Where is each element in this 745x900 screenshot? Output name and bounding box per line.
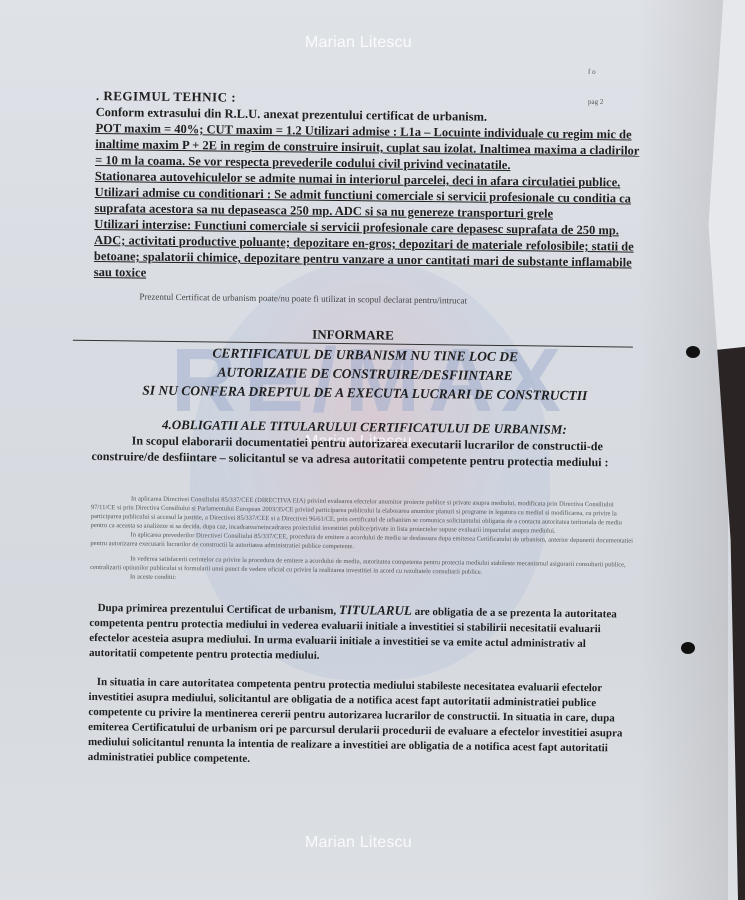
punch-hole — [686, 346, 700, 358]
photographer-watermark-top: Marian Litescu — [305, 34, 412, 52]
directive-fine-print: In aplicarea Directivei Consiliului 85/3… — [90, 494, 636, 588]
titular-emphasis: TITULARUL — [339, 602, 412, 618]
document-content: . REGIMUL TEHNIC : Conform extrasului di… — [88, 88, 641, 772]
usage-note: Prezentul Certificat de urbanism poate/n… — [93, 290, 638, 309]
parking-paragraph: Stationarea autovehiculelor se admite nu… — [94, 168, 640, 223]
forbidden-uses-label: Utilizari interzise — [94, 217, 187, 232]
document-page: RE/MAX Marian Litescu Marian Litescu Mar… — [0, 0, 738, 900]
evaluation-situation-paragraph: In situatia in care autoritatea competen… — [88, 675, 634, 772]
paragraph-text: Dupa primirea prezentului Certificat de … — [98, 602, 339, 617]
forbidden-uses-paragraph: Utilizari interzise: Functiuni comercial… — [94, 216, 640, 287]
punch-hole — [681, 642, 695, 654]
page-mark-top: f o — [588, 68, 596, 76]
titular-obligation-paragraph: Dupa primirea prezentului Certificat de … — [89, 599, 635, 668]
obligatii-intro: In scopul elaborarii documentatiei pentr… — [91, 432, 636, 471]
photographer-watermark-bottom: Marian Litescu — [305, 834, 412, 852]
pot-cut-paragraph: POT maxim = 40%; CUT maxim = 1.2 Utiliza… — [95, 120, 641, 175]
